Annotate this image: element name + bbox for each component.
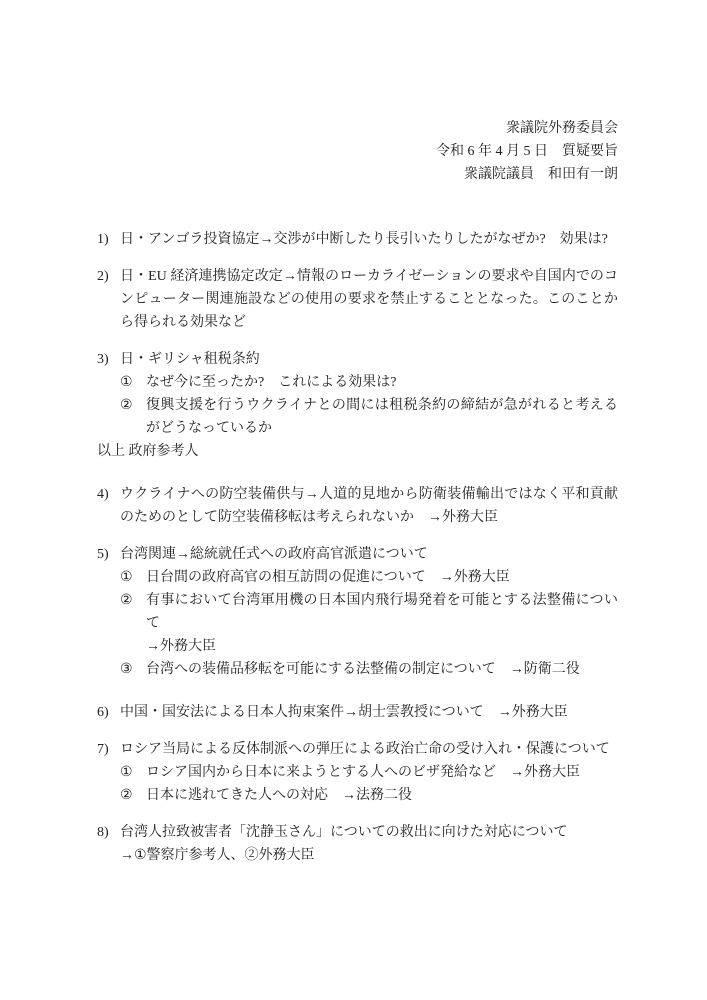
item-7-sub-1-text: ロシア国内から日本に来ようとする人へのビザ発給など →外務大臣 xyxy=(146,761,618,784)
item-7-sub-1: ① ロシア国内から日本に来ようとする人へのビザ発給など →外務大臣 xyxy=(120,761,618,784)
item-3-sub-1: ① なぜ今に至ったか? これによる効果は? xyxy=(120,371,618,394)
item-5-sub-3-number: ③ xyxy=(120,658,146,681)
document-header: 衆議院外務委員会 令和 6 年 4 月 5 日 質疑要旨 衆議院議員 和田有一朗 xyxy=(97,117,618,186)
item-7: 7) ロシア当局による反体制派への弾圧による政治亡命の受け入れ・保護について ①… xyxy=(97,738,618,807)
item-3-number: 3) xyxy=(97,348,120,440)
item-4: 4) ウクライナへの防空装備供与→人道的見地から防衛装備輸出ではなく平和貢献のた… xyxy=(97,483,618,529)
item-6-number: 6) xyxy=(97,701,120,724)
header-member-line: 衆議院議員 和田有一朗 xyxy=(97,163,618,186)
item-5-sub-2-number: ② xyxy=(120,589,146,658)
item-5-sub-1-number: ① xyxy=(120,566,146,589)
item-5: 5) 台湾関連→総統就任式への政府高官派遣について ① 日台間の政府高官の相互訪… xyxy=(97,543,618,681)
document-content: 衆議院外務委員会 令和 6 年 4 月 5 日 質疑要旨 衆議院議員 和田有一朗… xyxy=(97,117,618,867)
item-3-sub-1-text: なぜ今に至ったか? これによる効果は? xyxy=(146,371,618,394)
item-7-sub-2: ② 日本に逃れてきた人への対応 →法務二役 xyxy=(120,784,618,807)
item-2-text: 日・EU 経済連携協定改定→情報のローカライゼーションの要求や自国内でのコンピュ… xyxy=(120,265,618,334)
item-2-number: 2) xyxy=(97,265,120,334)
header-date-title-line: 令和 6 年 4 月 5 日 質疑要旨 xyxy=(97,140,618,163)
item-1: 1) 日・アンゴラ投資協定→交渉が中断したり長引いたりしたがなぜか? 効果は? xyxy=(97,228,618,251)
item-3-sub-2-text: 復興支援を行うウクライナとの間には租税条約の締結が急がれると考えるがどうなってい… xyxy=(146,394,618,440)
item-5-sub-3-text: 台湾への装備品移転を可能にする法整備の制定について →防衛二役 xyxy=(146,658,618,681)
item-8: 8) 台湾人拉致被害者「沈静玉さん」についての救出に向けた対応について →①警察… xyxy=(97,821,618,867)
government-witness-note: 以上 政府参考人 xyxy=(97,440,618,463)
item-5-sub-1: ① 日台間の政府高官の相互訪問の促進について →外務大臣 xyxy=(120,566,618,589)
item-8-number: 8) xyxy=(97,821,120,867)
item-3-sub-2-number: ② xyxy=(120,394,146,440)
item-5-sub-2: ② 有事において台湾軍用機の日本国内飛行場発着を可能とする法整備について →外務… xyxy=(120,589,618,658)
item-7-sub-2-number: ② xyxy=(120,784,146,807)
item-5-text: 台湾関連→総統就任式への政府高官派遣について xyxy=(120,543,618,566)
item-7-sub-2-text: 日本に逃れてきた人への対応 →法務二役 xyxy=(146,784,618,807)
item-3: 3) 日・ギリシャ租税条約 ① なぜ今に至ったか? これによる効果は? ② 復興… xyxy=(97,348,618,440)
item-1-text: 日・アンゴラ投資協定→交渉が中断したり長引いたりしたがなぜか? 効果は? xyxy=(120,228,618,251)
item-7-text: ロシア当局による反体制派への弾圧による政治亡命の受け入れ・保護について xyxy=(120,738,618,761)
item-5-sub-2-text: 有事において台湾軍用機の日本国内飛行場発着を可能とする法整備について →外務大臣 xyxy=(146,589,618,658)
item-5-number: 5) xyxy=(97,543,120,681)
item-3-sub-2: ② 復興支援を行うウクライナとの間には租税条約の締結が急がれると考えるがどうなっ… xyxy=(120,394,618,440)
item-6-text: 中国・国安法による日本人拘束案件→胡士雲教授について →外務大臣 xyxy=(120,701,618,724)
header-committee-line: 衆議院外務委員会 xyxy=(97,117,618,140)
item-5-sub-1-text: 日台間の政府高官の相互訪問の促進について →外務大臣 xyxy=(146,566,618,589)
document-page: 衆議院外務委員会 令和 6 年 4 月 5 日 質疑要旨 衆議院議員 和田有一朗… xyxy=(0,0,707,1000)
item-4-text: ウクライナへの防空装備供与→人道的見地から防衛装備輸出ではなく平和貢献のためのと… xyxy=(120,483,618,529)
item-8-text: 台湾人拉致被害者「沈静玉さん」についての救出に向けた対応について →①警察庁参考… xyxy=(120,821,618,867)
item-5-sub-3: ③ 台湾への装備品移転を可能にする法整備の制定について →防衛二役 xyxy=(120,658,618,681)
item-4-number: 4) xyxy=(97,483,120,529)
item-7-sub-1-number: ① xyxy=(120,761,146,784)
item-3-text: 日・ギリシャ租税条約 xyxy=(120,348,618,371)
item-7-number: 7) xyxy=(97,738,120,807)
item-3-sub-1-number: ① xyxy=(120,371,146,394)
item-1-number: 1) xyxy=(97,228,120,251)
item-2: 2) 日・EU 経済連携協定改定→情報のローカライゼーションの要求や自国内でのコ… xyxy=(97,265,618,334)
item-6: 6) 中国・国安法による日本人拘束案件→胡士雲教授について →外務大臣 xyxy=(97,701,618,724)
